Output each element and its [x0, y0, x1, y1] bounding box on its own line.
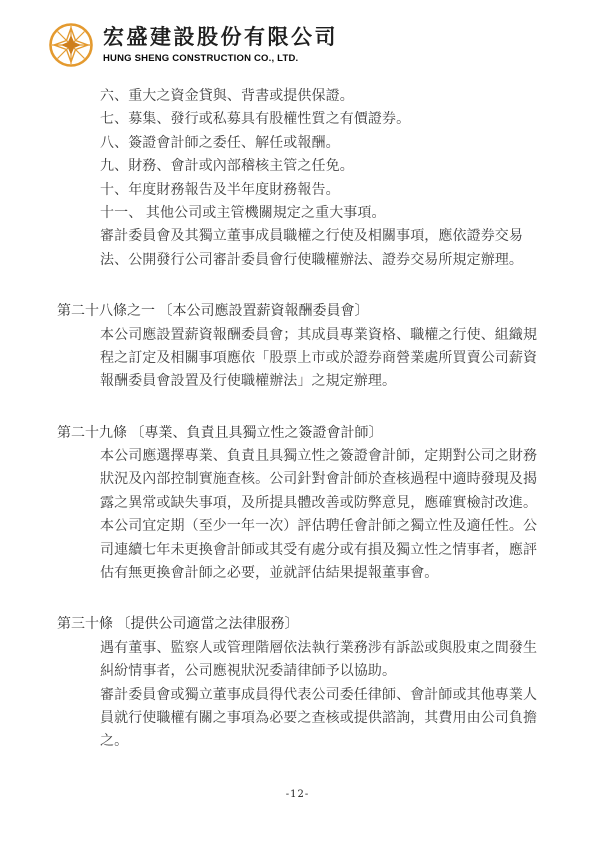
text-line: 露之異常或缺失事項，及所提具體改善或防弊意見，應確實檢討改進。	[100, 492, 525, 515]
document-section: 第二十八條之一 〔本公司應設置薪資報酬委員會〕本公司應設置薪資報酬委員會；其成員…	[57, 300, 525, 394]
text-line: 糾紛情事者，公司應視狀況委請律師予以協助。	[100, 660, 525, 683]
document-page: 宏盛建設股份有限公司 HUNG SHENG CONSTRUCTION CO., …	[0, 0, 595, 842]
text-line: 十一、 其他公司或主管機關規定之重大事項。	[100, 202, 525, 225]
text-line: 七、募集、發行或私募具有股權性質之有價證券。	[100, 108, 525, 131]
text-line: 本公司應選擇專業、負責且具獨立性之簽證會計師，定期對公司之財務	[100, 445, 525, 468]
page-header: 宏盛建設股份有限公司 HUNG SHENG CONSTRUCTION CO., …	[47, 21, 338, 69]
text-line: 九、財務、會計或內部稽核主管之任免。	[100, 155, 525, 178]
text-line: 法、公開發行公司審計委員會行使職權辦法、證券交易所規定辦理。	[100, 249, 525, 272]
section-heading: 第三十條 〔提供公司適當之法律服務〕	[57, 613, 525, 636]
section-body: 本公司應設置薪資報酬委員會；其成員專業資格、職權之行使、組織規程之訂定及相關事項…	[100, 324, 525, 394]
document-section: 第二十九條 〔專業、負責且具獨立性之簽證會計師〕本公司應選擇專業、負責且具獨立性…	[57, 422, 525, 586]
text-line: 之。	[100, 730, 525, 753]
section-body: 本公司應選擇專業、負責且具獨立性之簽證會計師，定期對公司之財務狀況及內部控制實施…	[100, 445, 525, 585]
text-line: 審計委員會或獨立董事成員得代表公司委任律師、會計師或其他專業人	[100, 684, 525, 707]
document-content: 六、重大之資金貸與、背書或提供保證。七、募集、發行或私募具有股權性質之有價證券。…	[57, 85, 525, 754]
text-line: 本公司宜定期（至少一年一次）評估聘任會計師之獨立性及適任性。公	[100, 515, 525, 538]
text-line: 審計委員會及其獨立董事成員職權之行使及相關事項，應依證券交易	[100, 225, 525, 248]
company-seal-logo-icon	[47, 21, 95, 69]
text-line: 估有無更換會計師之必要，並就評估結果提報董事會。	[100, 562, 525, 585]
document-blocks: 六、重大之資金貸與、背書或提供保證。七、募集、發行或私募具有股權性質之有價證券。…	[57, 85, 525, 754]
text-line: 遇有董事、監察人或管理階層依法執行業務涉有訴訟或與股東之間發生	[100, 637, 525, 660]
text-line: 八、簽證會計師之委任、解任或報酬。	[100, 132, 525, 155]
text-line: 本公司應設置薪資報酬委員會；其成員專業資格、職權之行使、組織規	[100, 324, 525, 347]
text-line: 報酬委員會設置及行使職權辦法」之規定辦理。	[100, 370, 525, 393]
document-section: 第三十條 〔提供公司適當之法律服務〕遇有董事、監察人或管理階層依法執行業務涉有訴…	[57, 613, 525, 753]
document-section: 六、重大之資金貸與、背書或提供保證。七、募集、發行或私募具有股權性質之有價證券。…	[57, 85, 525, 272]
company-name-zh: 宏盛建設股份有限公司	[103, 23, 338, 51]
text-line: 十、年度財務報告及半年度財務報告。	[100, 179, 525, 202]
section-body: 遇有董事、監察人或管理階層依法執行業務涉有訴訟或與股東之間發生糾紛情事者，公司應…	[100, 637, 525, 754]
section-body: 六、重大之資金貸與、背書或提供保證。七、募集、發行或私募具有股權性質之有價證券。…	[100, 85, 525, 272]
section-heading: 第二十九條 〔專業、負責且具獨立性之簽證會計師〕	[57, 422, 525, 445]
text-line: 司連續七年未更換會計師或其受有處分或有損及獨立性之情事者，應評	[100, 539, 525, 562]
page-number: -12-	[0, 789, 595, 800]
text-line: 程之訂定及相關事項應依「股票上市或於證券商營業處所買賣公司薪資	[100, 347, 525, 370]
company-name-block: 宏盛建設股份有限公司 HUNG SHENG CONSTRUCTION CO., …	[103, 21, 338, 64]
text-line: 員就行使職權有關之事項為必要之查核或提供諮詢，其費用由公司負擔	[100, 707, 525, 730]
text-line: 狀況及內部控制實施查核。公司針對會計師於查核過程中適時發現及揭	[100, 468, 525, 491]
company-name-en: HUNG SHENG CONSTRUCTION CO., LTD.	[103, 53, 338, 64]
text-line: 六、重大之資金貸與、背書或提供保證。	[100, 85, 525, 108]
section-heading: 第二十八條之一 〔本公司應設置薪資報酬委員會〕	[57, 300, 525, 323]
